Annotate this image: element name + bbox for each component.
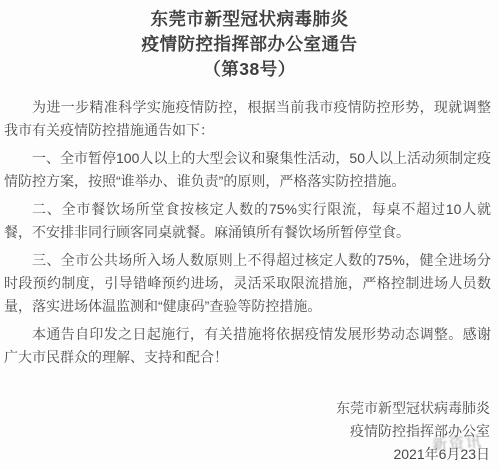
title-line-office: 疫情防控指挥部办公室通告 (0, 32, 499, 57)
title-line-org: 东莞市新型冠状病毒肺炎 (0, 7, 499, 32)
closing-paragraph: 本通告自印发之日起施行，有关措施将依据疫情发展形势动态调整。感谢广大市民群众的理… (4, 323, 491, 369)
measure-1-paragraph: 一、全市暂停100人以上的大型会议和聚集性活动，50人以上活动须制定疫情防控方案… (4, 147, 491, 193)
signature-line-office: 疫情防控指挥部办公室 (0, 420, 490, 443)
title-line-number: （第38号） (0, 57, 499, 82)
notice-page: 东莞市新型冠状病毒肺炎 疫情防控指挥部办公室通告 （第38号） 为进一步精准科学… (0, 0, 499, 470)
notice-title: 东莞市新型冠状病毒肺炎 疫情防控指挥部办公室通告 （第38号） (0, 0, 499, 82)
notice-body: 为进一步精准科学实施疫情防控，根据当前我市疫情防控形势，现就调整我市有关疫情防控… (0, 82, 499, 369)
intro-paragraph: 为进一步精准科学实施疫情防控，根据当前我市疫情防控形势，现就调整我市有关疫情防控… (4, 96, 491, 142)
signature-block: 东莞市新型冠状病毒肺炎 疫情防控指挥部办公室 2021年6月23日 (0, 397, 499, 466)
measure-3-paragraph: 三、全市公共场所入场人数原则上不得超过核定人数的75%，健全进场分时段预约制度，… (4, 249, 491, 318)
signature-line-org: 东莞市新型冠状病毒肺炎 (0, 397, 490, 420)
measure-2-paragraph: 二、全市餐饮场所堂食按核定人数的75%实行限流，每桌不超过10人就餐，不安排非同… (4, 198, 491, 244)
signature-date: 2021年6月23日 (0, 443, 490, 466)
